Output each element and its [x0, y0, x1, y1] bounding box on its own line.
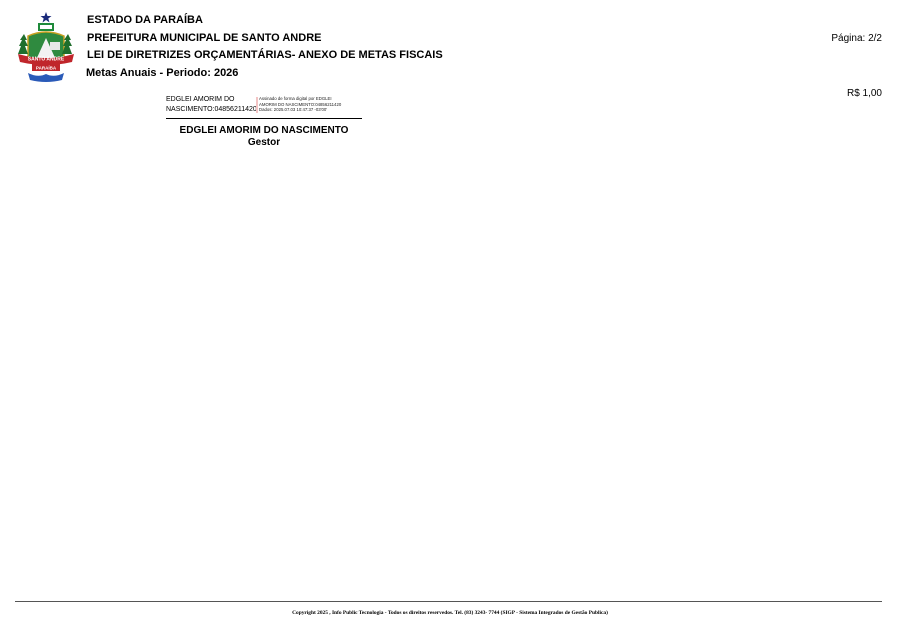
footer-copyright: Copyright 2025 , Info Public Tecnologia … — [0, 610, 900, 616]
signature-signer: EDGLEI AMORIM DO NASCIMENTO:04856211420 — [166, 95, 257, 115]
state-name: ESTADO DA PARAÍBA — [87, 14, 203, 26]
signature-line — [166, 118, 362, 119]
svg-text:SANTO ANDRE: SANTO ANDRE — [28, 57, 65, 63]
document-title: LEI DE DIRETRIZES ORÇAMENTÁRIAS- ANEXO D… — [87, 49, 443, 61]
municipality-name: PREFEITURA MUNICIPAL DE SANTO ANDRE — [87, 32, 321, 44]
currency-unit: R$ 1,00 — [847, 88, 882, 99]
signatory-role: Gestor — [164, 137, 364, 149]
signature-details: Assinado de forma digital por EDGLEI AMO… — [259, 96, 341, 113]
footer-divider — [15, 601, 882, 602]
signatory-name: EDGLEI AMORIM DO NASCIMENTO — [164, 125, 364, 137]
signatory-block: EDGLEI AMORIM DO NASCIMENTO Gestor — [164, 125, 364, 149]
page-number: Página: 2/2 — [831, 33, 882, 44]
period-subtitle: Metas Anuais - Periodo: 2026 — [86, 67, 238, 79]
signature-mark-icon — [256, 97, 258, 113]
coat-of-arms-icon: SANTO ANDRE PARAÍBA — [14, 10, 78, 82]
svg-text:PARAÍBA: PARAÍBA — [36, 64, 57, 71]
